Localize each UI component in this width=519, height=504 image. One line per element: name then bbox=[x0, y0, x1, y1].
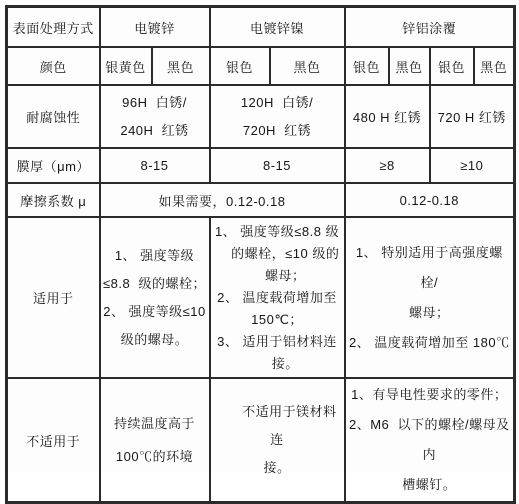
method-zinc-aluminum-coating: 锌铝涂覆 bbox=[345, 7, 515, 48]
unsuitable-row: 不适用于 持续温度高于 100℃的环境 不适用于镁材料连 接。 1、有导电性要求… bbox=[7, 378, 515, 503]
thickness-cell: ≥10 bbox=[430, 148, 515, 183]
header-label: 表面处理方式 bbox=[7, 7, 100, 48]
color-cell: 银色 bbox=[210, 47, 270, 85]
corrosion-cell: 480 H 红锈 bbox=[345, 85, 430, 148]
color-row: 颜色 银黄色 黑色 银色 黑色 银色 黑色 银色 黑色 bbox=[7, 47, 515, 85]
table-sheet: 表面处理方式 电镀锌 电镀锌镍 锌铝涂覆 颜色 银黄色 黑色 银色 黑色 银色 … bbox=[0, 0, 519, 472]
suitable-row: 适用于 1、 强度等级 ≤8.8 级的螺栓； 2、 强度等级≤10 级的螺母。 … bbox=[7, 217, 515, 378]
color-cell: 银色 bbox=[430, 47, 474, 85]
method-zinc-plating: 电镀锌 bbox=[100, 7, 210, 48]
corrosion-label: 耐腐蚀性 bbox=[7, 85, 100, 148]
suitable-cell-zinc-nickel: 1、 强度等级≤8.8 级 的螺栓，≤10 级的 螺母； 2、 温度载荷增加至 … bbox=[210, 217, 345, 378]
color-cell: 黑色 bbox=[270, 47, 345, 85]
suitable-label: 适用于 bbox=[7, 217, 100, 378]
color-cell: 银黄色 bbox=[100, 47, 152, 85]
thickness-row: 膜厚（μm） 8-15 8-15 ≥8 ≥10 bbox=[7, 148, 515, 183]
friction-label: 摩擦系数 μ bbox=[7, 183, 100, 217]
color-cell: 黑色 bbox=[474, 47, 515, 85]
header-row: 表面处理方式 电镀锌 电镀锌镍 锌铝涂覆 bbox=[7, 7, 515, 48]
surface-treatment-table: 表面处理方式 电镀锌 电镀锌镍 锌铝涂覆 颜色 银黄色 黑色 银色 黑色 银色 … bbox=[5, 5, 516, 504]
color-cell: 黑色 bbox=[389, 47, 430, 85]
method-zinc-nickel-plating: 电镀锌镍 bbox=[210, 7, 345, 48]
unsuitable-cell-zinc-aluminum: 1、有导电性要求的零件； 2、M6 以下的螺栓/螺母及内 槽螺钉。 bbox=[345, 378, 515, 503]
thickness-cell: 8-15 bbox=[100, 148, 210, 183]
corrosion-cell: 720 H 红锈 bbox=[430, 85, 515, 148]
suitable-cell-zinc: 1、 强度等级 ≤8.8 级的螺栓； 2、 强度等级≤10 级的螺母。 bbox=[100, 217, 210, 378]
color-cell: 银色 bbox=[345, 47, 389, 85]
corrosion-cell: 120H 白锈/ 720H 红锈 bbox=[210, 85, 345, 148]
unsuitable-label: 不适用于 bbox=[7, 378, 100, 503]
friction-cell: 0.12-0.18 bbox=[345, 183, 515, 217]
unsuitable-cell-zinc-nickel: 不适用于镁材料连 接。 bbox=[210, 378, 345, 503]
color-label: 颜色 bbox=[7, 47, 100, 85]
thickness-cell: ≥8 bbox=[345, 148, 430, 183]
corrosion-cell: 96H 白锈/ 240H 红锈 bbox=[100, 85, 210, 148]
thickness-cell: 8-15 bbox=[210, 148, 345, 183]
suitable-cell-zinc-aluminum: 1、 特别适用于高强度螺栓/ 螺母； 2、 温度载荷增加至 180℃ bbox=[345, 217, 515, 378]
corrosion-row: 耐腐蚀性 96H 白锈/ 240H 红锈 120H 白锈/ 720H 红锈 48… bbox=[7, 85, 515, 148]
unsuitable-cell-zinc: 持续温度高于 100℃的环境 bbox=[100, 378, 210, 503]
friction-row: 摩擦系数 μ 如果需要，0.12-0.18 0.12-0.18 bbox=[7, 183, 515, 217]
color-cell: 黑色 bbox=[152, 47, 210, 85]
friction-cell: 如果需要，0.12-0.18 bbox=[100, 183, 345, 217]
thickness-label: 膜厚（μm） bbox=[7, 148, 100, 183]
